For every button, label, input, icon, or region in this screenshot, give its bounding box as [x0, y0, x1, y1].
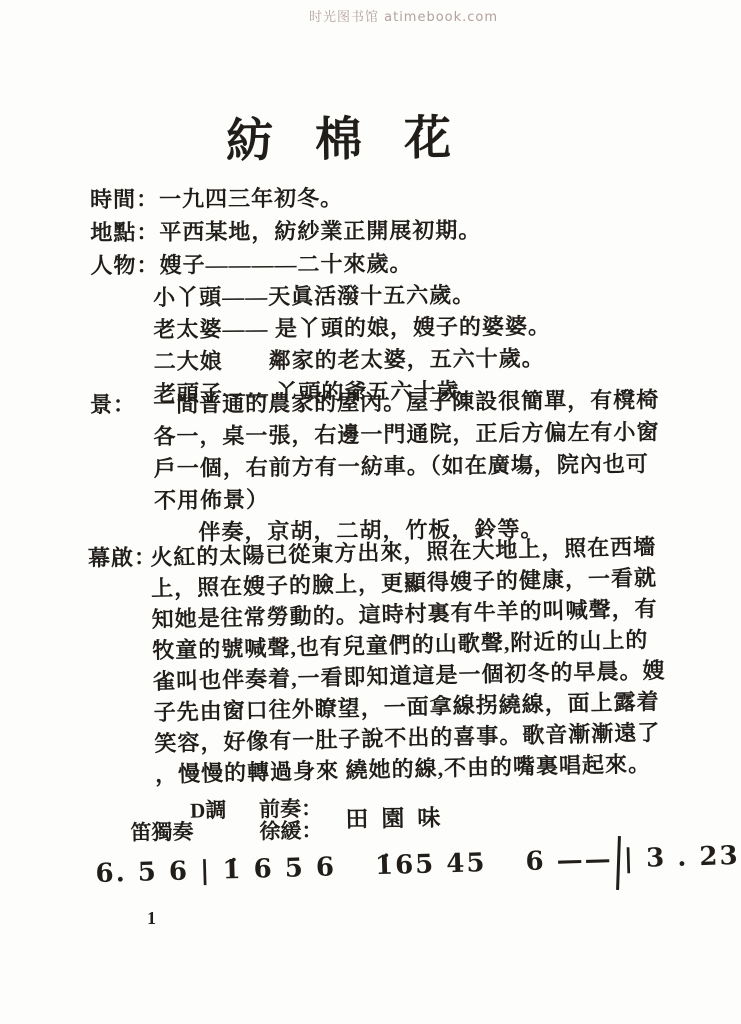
watermark-text: 时光图书馆 atimebook.com: [309, 6, 498, 25]
place-label: 地點：: [90, 220, 159, 245]
music-solo-label: 笛獨奏: [130, 816, 194, 847]
time-value: 一九四三年初冬。: [159, 185, 343, 211]
music-style-label: 田園味: [345, 799, 454, 834]
curtain-section: 火紅的太陽已從東方出來，照在大地上，照在西墻 上，照在嫂子的臉上，更顯得嫂子的健…: [150, 530, 668, 789]
page-title: 紡棉花: [226, 100, 494, 171]
music-tempo-label: 徐緩：: [259, 814, 323, 845]
scene-section: 一間普通的農家的屋內。屋子陳設很簡單，有櫈椅 各一，桌一張，右邊一門通院，正后方…: [153, 383, 661, 548]
character-item: 小丫頭——天眞活潑十五六歲。: [153, 278, 551, 313]
place-line: 地點：平西某地，紡紗業正開展初期。: [90, 214, 481, 249]
scene-line: 戶一個，右前方有一紡車。（如在廣塲，院內也可: [154, 447, 660, 484]
cast-value: 嫂子————二十來歲。: [159, 251, 412, 278]
character-item: 老太婆—— 是丫頭的娘，嫂子的婆婆。: [153, 310, 551, 345]
scene-line: 各一，桌一張，右邊一門通院，正后方偏左有小窗: [153, 415, 659, 452]
time-label: 時間：: [90, 187, 159, 212]
curtain-label: 幕啟：: [88, 540, 158, 572]
cast-line: 人物：嫂子————二十來歲。: [90, 247, 481, 282]
cast-label: 人物：: [90, 253, 159, 278]
scanned-script-page: 时光图书馆 atimebook.com 紡棉花 時間：一九四三年初冬。 地點：平…: [0, 0, 741, 1024]
place-value: 平西某地，紡紗業正開展初期。: [159, 218, 481, 245]
meta-section: 時間：一九四三年初冬。 地點：平西某地，紡紗業正開展初期。 人物：嫂子————二…: [90, 181, 482, 282]
time-line: 時間：一九四三年初冬。: [90, 181, 481, 216]
scene-line: 一間普通的農家的屋內。屋子陳設很簡單，有櫈椅: [153, 383, 659, 420]
music-key: D調: [190, 794, 227, 825]
scene-line: 不用佈景）: [154, 479, 660, 516]
character-item: 二大娘 鄰家的老太婆，五六十歲。: [154, 342, 552, 377]
scene-label: 景：: [90, 388, 136, 419]
page-number: 1: [147, 908, 156, 929]
